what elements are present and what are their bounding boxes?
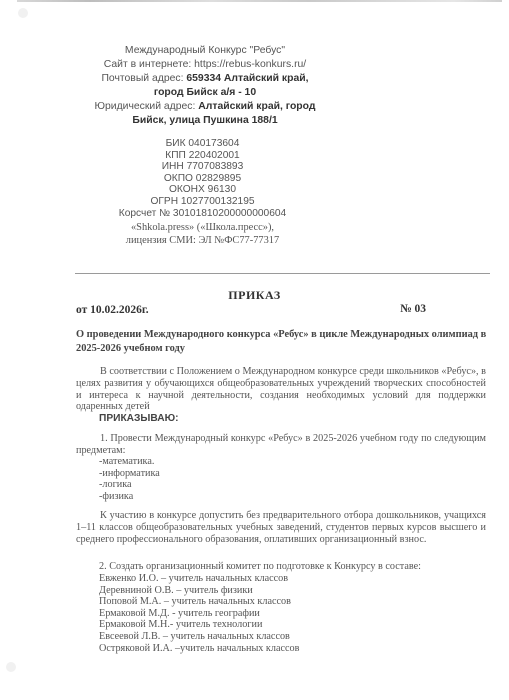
requisite-ogrn: ОГРН 1027700132195: [95, 196, 310, 208]
bank-requisites: БИК 040173604 КПП 220402001 ИНН 77070838…: [95, 138, 310, 219]
legal-address-line: Юридический адрес: Алтайский край, город: [0, 100, 410, 114]
requisite-okpo: ОКПО 02829895: [95, 173, 310, 185]
postal-value-2: город Бийск а/я - 10: [154, 87, 256, 98]
participation-text: К участию в конкурсе допустить без предв…: [76, 510, 486, 545]
requisite-korschet: Корсчет № 30101810200000000604: [95, 208, 310, 220]
postal-address-line: Почтовый адрес: 659334 Алтайский край,: [0, 72, 410, 86]
postal-label: Почтовый адрес:: [101, 73, 183, 84]
license-line-1: «Shkola.press» («Школа.пресс»),: [95, 222, 310, 235]
postal-value: 659334 Алтайский край,: [186, 73, 308, 84]
list-item: -логика: [99, 479, 160, 491]
document-title: ПРИКАЗ: [0, 288, 509, 303]
item-2-text: 2. Создать организационный комитет по по…: [99, 561, 421, 573]
preamble-text: В соответствии с Положением о Международ…: [76, 366, 486, 412]
scan-smudge: [18, 8, 28, 18]
requisite-okonh: ОКОНХ 96130: [95, 184, 310, 196]
item-1-text: 1. Провести Международный конкурс «Ребус…: [76, 433, 486, 456]
order-date: от 10.02.2026г.: [76, 304, 149, 316]
letterhead: Международный Конкурс "Ребус" Сайт в инт…: [0, 44, 410, 128]
website-label: Сайт в интернете:: [104, 59, 191, 70]
website-line: Сайт в интернете: https://rebus-konkurs.…: [0, 58, 410, 72]
subjects-list: -математика. -информатика -логика -физик…: [99, 456, 160, 502]
list-item: Евсеевой Л.В. – учитель начальных классо…: [99, 631, 299, 643]
order-number: № 03: [400, 303, 426, 315]
license-line-2: лицензия СМИ: ЭЛ №ФС77-77317: [95, 235, 310, 248]
org-name: Международный Конкурс "Ребус": [0, 44, 410, 58]
committee-list: Евженко И.О. – учитель начальных классов…: [99, 573, 299, 654]
item-1-paragraph: 1. Провести Международный конкурс «Ребус…: [76, 433, 486, 457]
list-item: Ермаковой М.Д. - учитель географии: [99, 608, 299, 620]
preamble-paragraph: В соответствии с Положением о Международ…: [76, 366, 486, 413]
postal-address-line-2: город Бийск а/я - 10: [0, 86, 410, 100]
requisite-kpp: КПП 220402001: [95, 150, 310, 162]
website-link: https://rebus-konkurs.ru/: [194, 59, 306, 70]
header-divider: [75, 273, 490, 274]
list-item: Деревниной О.В. – учитель физики: [99, 585, 299, 597]
legal-value-2: Бийск, улица Пушкина 188/1: [132, 115, 277, 126]
list-item: Поповой М.А. – учитель начальных классов: [99, 596, 299, 608]
requisite-bik: БИК 040173604: [95, 138, 310, 150]
media-license: «Shkola.press» («Школа.пресс»), лицензия…: [95, 222, 310, 247]
scan-top-edge: [17, 0, 502, 2]
requisite-inn: ИНН 7707083893: [95, 161, 310, 173]
list-item: Евженко И.О. – учитель начальных классов: [99, 573, 299, 585]
order-subject: О проведении Международного конкурса «Ре…: [76, 328, 496, 356]
list-item: -физика: [99, 491, 160, 503]
list-item: -информатика: [99, 468, 160, 480]
legal-value: Алтайский край, город: [198, 101, 315, 112]
participation-paragraph: К участию в конкурсе допустить без предв…: [76, 510, 486, 545]
legal-label: Юридический адрес:: [95, 101, 196, 112]
legal-address-line-2: Бийск, улица Пушкина 188/1: [0, 114, 410, 128]
orders-heading: ПРИКАЗЫВАЮ:: [99, 413, 178, 424]
list-item: -математика.: [99, 456, 160, 468]
list-item: Остряковой И.А. –учитель начальных класс…: [99, 643, 299, 655]
list-item: Ермаковой М.Н.- учитель технологии: [99, 619, 299, 631]
scan-smudge: [6, 662, 16, 672]
